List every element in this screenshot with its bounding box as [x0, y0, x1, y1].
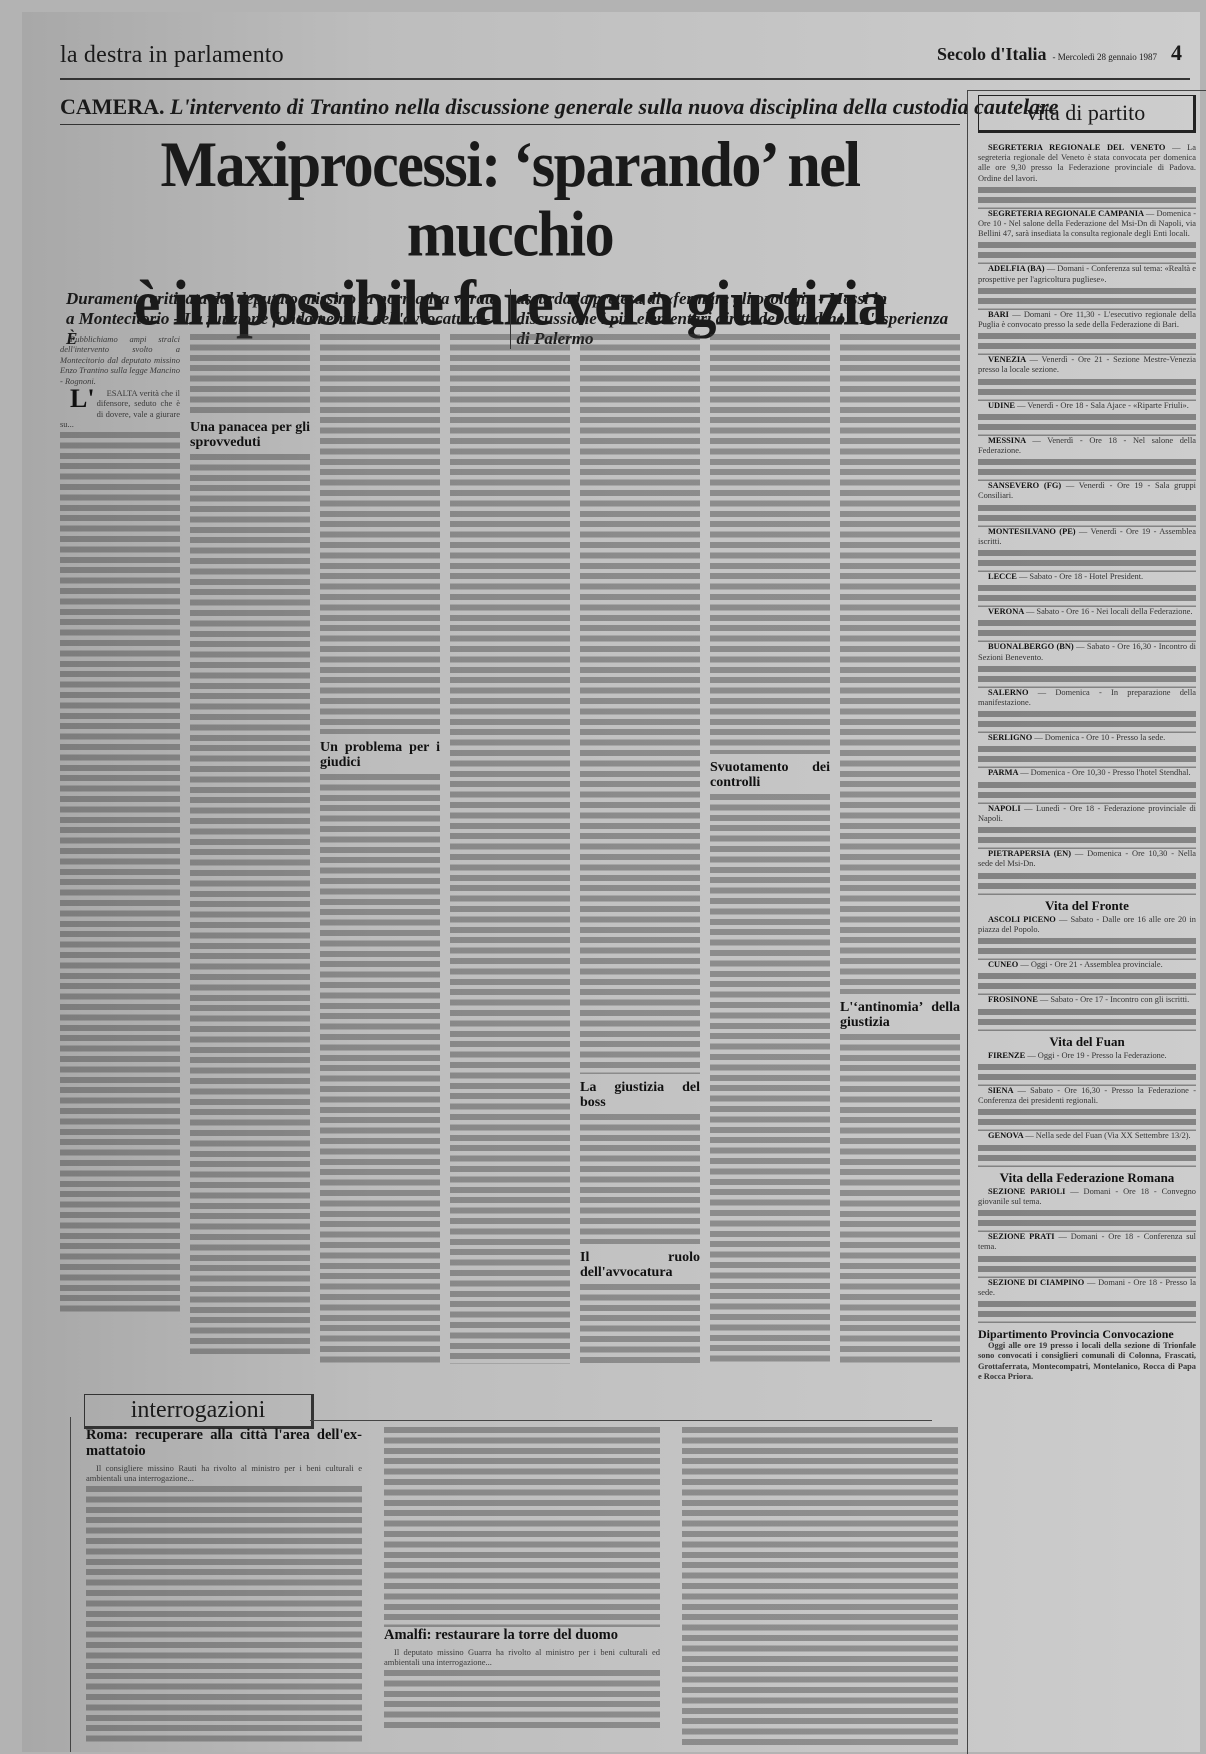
interrogazioni-frame: [70, 1417, 71, 1752]
sidebar-entry: SEGRETERIA REGIONALE DEL VENETO — La seg…: [978, 143, 1196, 184]
body-text: [580, 1114, 700, 1244]
entry-body-text: [978, 827, 1196, 849]
sidebar-entry: MONTESILVANO (PE) — Venerdì - Ore 19 - A…: [978, 527, 1196, 547]
newspaper-name: Secolo d'Italia: [937, 44, 1047, 65]
entry-text: — Sabato - Ore 17 - Incontro con gli isc…: [1040, 995, 1189, 1004]
entry-body-text: [978, 550, 1196, 572]
body-text: [580, 1284, 700, 1364]
body-text: [710, 794, 830, 1364]
sidebar-entry: SEZIONE PRATI — Domani - Ore 18 - Confer…: [978, 1232, 1196, 1252]
running-head: la destra in parlamento: [60, 42, 284, 69]
subhead: Svuotamento dei controlli: [710, 760, 830, 790]
sidebar-entry: PIETRAPERSIA (EN) — Domenica - Ore 10,30…: [978, 849, 1196, 869]
interrogazioni-title: interrogazioni: [84, 1394, 314, 1429]
entry-place: FIRENZE: [988, 1051, 1027, 1060]
entry-place: SEZIONE PRATI: [988, 1232, 1058, 1241]
entry-body-text: [978, 379, 1196, 401]
entry-body-text: [978, 187, 1196, 209]
sidebar-entry: SEGRETERIA REGIONALE CAMPANIA — Domenica…: [978, 209, 1196, 240]
entry-place: SEGRETERIA REGIONALE DEL VENETO: [988, 143, 1172, 152]
sidebar-section-title: Vita del Fronte: [978, 901, 1196, 911]
sidebar-entry: ADELFIA (BA) — Domani - Conferenza sul t…: [978, 264, 1196, 284]
entry-place: PIETRAPERSIA (EN): [988, 849, 1075, 858]
body-text: [682, 1427, 958, 1747]
body-text: [384, 1670, 660, 1730]
column-7: L'‘antinomia’ della giustizia: [840, 334, 960, 1364]
entry-text: — Sabato - Ore 16 - Nei locali della Fed…: [1026, 607, 1193, 616]
body-text: [190, 454, 310, 1354]
sidebar-section-title: Vita della Federazione Romana: [978, 1173, 1196, 1183]
entry-body-text: [978, 711, 1196, 733]
entry-body-text: [978, 288, 1196, 310]
entry-place: CUNEO: [988, 960, 1020, 969]
header-rule: [60, 78, 1190, 80]
entry-place: ADELFIA (BA): [988, 264, 1047, 273]
issue-date: - Mercoledì 28 gennaio 1987: [1053, 52, 1157, 62]
interrogazioni-body: Roma: recuperare alla città l'area dell'…: [86, 1427, 958, 1747]
interrogazioni-rule: [310, 1420, 932, 1421]
sidebar-final-text: Oggi alle ore 19 presso i locali della s…: [978, 1341, 1196, 1382]
sidebar-entry: FROSINONE — Sabato - Ore 17 - Incontro c…: [978, 995, 1196, 1005]
entry-place: MONTESILVANO (PE): [988, 527, 1079, 536]
sidebar-entry: BARI — Domani - Ore 11,30 - L'esecutivo …: [978, 310, 1196, 330]
kicker-label: CAMERA.: [60, 94, 165, 119]
column-1: Pubblichiamo ampi stralci dell'intervent…: [60, 334, 180, 1364]
kicker: CAMERA. L'intervento di Trantino nella d…: [60, 94, 1058, 120]
article-opening: L'ESALTA verità che il difensore, seduto…: [60, 388, 180, 430]
entry-body-text: [978, 1145, 1196, 1167]
sidebar-section-title: Vita del Fuan: [978, 1037, 1196, 1047]
interrogazioni-column-2: Amalfi: restaurare la torre del duomo Il…: [384, 1427, 660, 1747]
entry-text: — Domenica - Ore 10 - Presso la sede.: [1034, 733, 1165, 742]
entry-text: — Oggi - Ore 21 - Assemblea provinciale.: [1020, 960, 1162, 969]
article-body: Pubblichiamo ampi stralci dell'intervent…: [60, 334, 960, 1364]
entry-place: PARMA: [988, 768, 1020, 777]
sidebar-entry: CUNEO — Oggi - Ore 21 - Assemblea provin…: [978, 960, 1196, 970]
entry-body-text: [978, 242, 1196, 264]
entry-body-text: [978, 585, 1196, 607]
entry-place: SIENA: [988, 1086, 1017, 1095]
sidebar-body: SEGRETERIA REGIONALE DEL VENETO — La seg…: [968, 137, 1206, 1739]
entry-place: BUONALBERGO (BN): [988, 642, 1076, 651]
body-text: [580, 334, 700, 1074]
entry-place: VENEZIA: [988, 355, 1030, 364]
entry-body-text: [978, 873, 1196, 895]
body-text: [840, 1034, 960, 1364]
sidebar-entry: MESSINA — Venerdì - Ore 18 - Nel salone …: [978, 436, 1196, 456]
sidebar-entry: VERONA — Sabato - Ore 16 - Nei locali de…: [978, 607, 1196, 617]
masthead: Secolo d'Italia - Mercoledì 28 gennaio 1…: [937, 40, 1182, 66]
subhead: Un problema per i giudici: [320, 740, 440, 770]
sidebar-entry: SALERNO — Domenica - In preparazione del…: [978, 688, 1196, 708]
entry-place: SEZIONE DI CIAMPINO: [988, 1278, 1087, 1287]
entry-place: SEZIONE PARIOLI: [988, 1187, 1070, 1196]
column-4: [450, 334, 570, 1364]
interrogazioni-column-1: Roma: recuperare alla città l'area dell'…: [86, 1427, 362, 1747]
kicker-rule: [60, 124, 960, 125]
entry-body-text: [978, 333, 1196, 355]
entry-body-text: [978, 1009, 1196, 1031]
entry-place: SALERNO: [988, 688, 1038, 697]
entry-body-text: [978, 1301, 1196, 1323]
entry-place: SERLIGNO: [988, 733, 1034, 742]
entry-body-text: [978, 414, 1196, 436]
entry-text: — Nella sede del Fuan (Via XX Settembre …: [1025, 1131, 1190, 1140]
item-title: Amalfi: restaurare la torre del duomo: [384, 1627, 660, 1643]
column-2: Una panacea per gli sprovveduti: [190, 334, 310, 1364]
entry-body-text: [978, 1109, 1196, 1131]
item-title: Roma: recuperare alla città l'area dell'…: [86, 1427, 362, 1459]
sidebar-entry: SERLIGNO — Domenica - Ore 10 - Presso la…: [978, 733, 1196, 743]
entry-body-text: [978, 505, 1196, 527]
interrogazioni-column-3: [682, 1427, 958, 1747]
body-text: [384, 1427, 660, 1627]
headline-line-1: Maxiprocessi: ‘sparando’ nel mucchio: [60, 130, 960, 268]
sidebar-entry: SEZIONE PARIOLI — Domani - Ore 18 - Conv…: [978, 1187, 1196, 1207]
sidebar-entry: SIENA — Sabato - Ore 16,30 - Presso la F…: [978, 1086, 1196, 1106]
subhead: Il ruolo dell'avvocatura: [580, 1250, 700, 1280]
entry-place: UDINE: [988, 401, 1017, 410]
entry-body-text: [978, 746, 1196, 768]
sidebar-entry: SEZIONE DI CIAMPINO — Domani - Ore 18 - …: [978, 1278, 1196, 1298]
sidebar-entry: SANSEVERO (FG) — Venerdì - Ore 19 - Sala…: [978, 481, 1196, 501]
item-text: Il deputato missino Guarra ha rivolto al…: [384, 1647, 660, 1668]
body-text: [86, 1486, 362, 1746]
entry-body-text: [978, 1256, 1196, 1278]
sidebar-entry: NAPOLI — Lunedì - Ore 18 - Federazione p…: [978, 804, 1196, 824]
entry-body-text: [978, 1210, 1196, 1232]
body-text: [450, 334, 570, 1364]
subhead: La giustizia del boss: [580, 1080, 700, 1110]
entry-body-text: [978, 459, 1196, 481]
article-lede: Pubblichiamo ampi stralci dell'intervent…: [60, 334, 180, 386]
entry-place: NAPOLI: [988, 804, 1024, 813]
sidebar-entry: UDINE — Venerdì - Ore 18 - Sala Ajace - …: [978, 401, 1196, 411]
entry-body-text: [978, 1064, 1196, 1086]
entry-body-text: [978, 782, 1196, 804]
column-6: Svuotamento dei controlli: [710, 334, 830, 1364]
body-text: [60, 432, 180, 1312]
entry-place: VERONA: [988, 607, 1026, 616]
sidebar-entry: LECCE — Sabato - Ore 18 - Hotel Presiden…: [978, 572, 1196, 582]
sidebar-vita-di-partito: vita di partito SEGRETERIA REGIONALE DEL…: [967, 90, 1206, 1754]
sidebar-entry: ASCOLI PICENO — Sabato - Dalle ore 16 al…: [978, 915, 1196, 935]
entry-place: SANSEVERO (FG): [988, 481, 1066, 490]
entry-place: FROSINONE: [988, 995, 1040, 1004]
entry-body-text: [978, 973, 1196, 995]
body-text: [840, 334, 960, 994]
entry-place: ASCOLI PICENO: [988, 915, 1059, 924]
sidebar-title: vita di partito: [978, 95, 1196, 133]
sidebar-entry: VENEZIA — Venerdì - Ore 21 - Sezione Mes…: [978, 355, 1196, 375]
body-text: [320, 774, 440, 1364]
body-text: [320, 334, 440, 734]
entry-place: BARI: [988, 310, 1012, 319]
subhead: Una panacea per gli sprovveduti: [190, 420, 310, 450]
body-text: [710, 334, 830, 754]
column-3: Un problema per i giudici: [320, 334, 440, 1364]
entry-body-text: [978, 620, 1196, 642]
entry-body-text: [978, 666, 1196, 688]
sidebar-final-heading: Dipartimento Provincia Convocazione: [978, 1329, 1196, 1339]
entry-text: — Venerdì - Ore 18 - Sala Ajace - «Ripar…: [1017, 401, 1189, 410]
column-5: La giustizia del boss Il ruolo dell'avvo…: [580, 334, 700, 1364]
subhead: L'‘antinomia’ della giustizia: [840, 1000, 960, 1030]
sidebar-entry: PARMA — Domenica - Ore 10,30 - Presso l'…: [978, 768, 1196, 778]
sidebar-entry: GENOVA — Nella sede del Fuan (Via XX Set…: [978, 1131, 1196, 1141]
item-text: Il consigliere missino Rauti ha rivolto …: [86, 1463, 362, 1484]
entry-place: GENOVA: [988, 1131, 1025, 1140]
newspaper-page: la destra in parlamento Secolo d'Italia …: [22, 12, 1200, 1752]
sidebar-entry: BUONALBERGO (BN) — Sabato - Ore 16,30 - …: [978, 642, 1196, 662]
entry-body-text: [978, 938, 1196, 960]
kicker-text: L'intervento di Trantino nella discussio…: [170, 94, 1058, 119]
body-text: [190, 334, 310, 414]
entry-text: — Domenica - Ore 10,30 - Presso l'hotel …: [1020, 768, 1190, 777]
entry-text: — Oggi - Ore 19 - Presso la Federazione.: [1027, 1051, 1166, 1060]
entry-place: LECCE: [988, 572, 1019, 581]
entry-place: SEGRETERIA REGIONALE CAMPANIA: [988, 209, 1146, 218]
sidebar-entry: FIRENZE — Oggi - Ore 19 - Presso la Fede…: [978, 1051, 1196, 1061]
entry-place: MESSINA: [988, 436, 1032, 445]
page-number: 4: [1171, 40, 1182, 66]
entry-text: — Sabato - Ore 18 - Hotel President.: [1019, 572, 1143, 581]
